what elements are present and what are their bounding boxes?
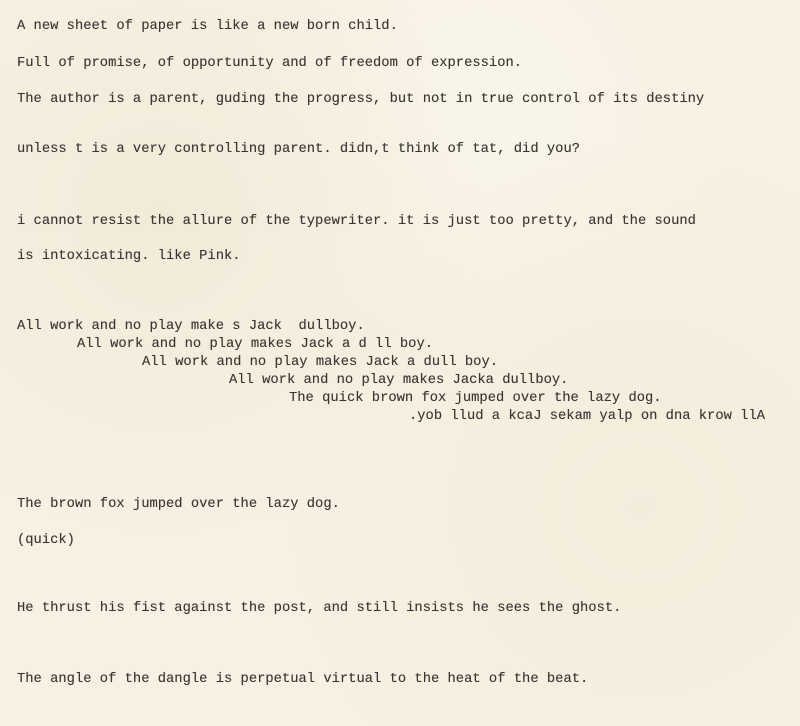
staircase-line: All work and no play makes Jack a dull b… bbox=[142, 355, 498, 371]
text-line: A new sheet of paper is like a new born … bbox=[17, 19, 398, 35]
reversed-line: .yob llud a kcaJ sekam yalp on dna krow … bbox=[409, 409, 765, 425]
staircase-line: All work and no play makes Jack a d ll b… bbox=[77, 337, 433, 353]
staircase-line: The quick brown fox jumped over the lazy… bbox=[289, 391, 662, 407]
text-line: He thrust his fist against the post, and… bbox=[17, 601, 621, 617]
text-line: i cannot resist the allure of the typewr… bbox=[17, 214, 696, 230]
staircase-line: All work and no play make s Jack dullboy… bbox=[17, 319, 365, 335]
text-line: (quick) bbox=[17, 533, 75, 549]
text-line: Full of promise, of opportunity and of f… bbox=[17, 56, 522, 72]
text-line: is intoxicating. like Pink. bbox=[17, 249, 241, 265]
text-line: The author is a parent, guding the progr… bbox=[17, 92, 704, 108]
typewritten-page: A new sheet of paper is like a new born … bbox=[0, 0, 800, 726]
text-line: unless t is a very controlling parent. d… bbox=[17, 142, 580, 158]
staircase-line: All work and no play makes Jacka dullboy… bbox=[229, 373, 568, 389]
text-line: The brown fox jumped over the lazy dog. bbox=[17, 497, 340, 513]
text-line: The angle of the dangle is perpetual vir… bbox=[17, 672, 588, 688]
